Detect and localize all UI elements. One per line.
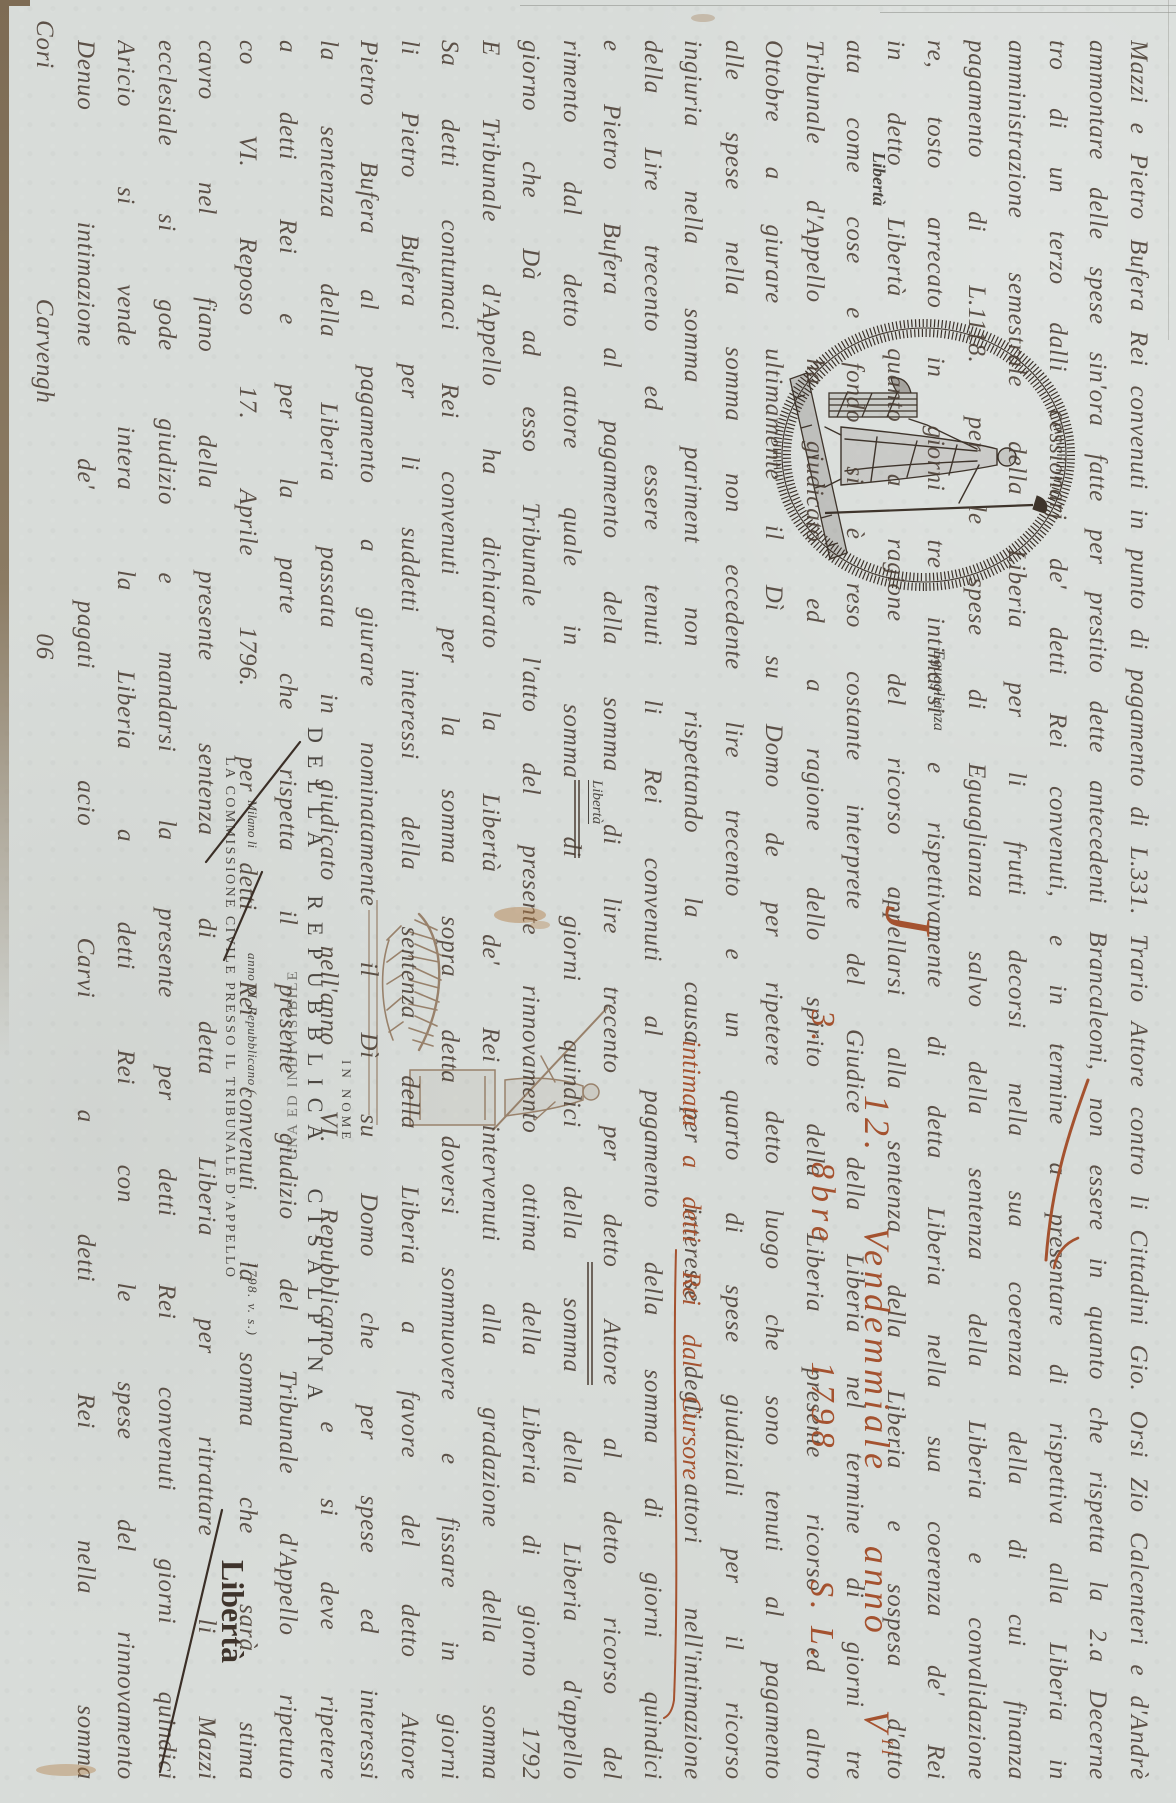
rotated-document-page: Libertà Eguaglianza Libertà IN NOME DELL… — [0, 0, 1176, 1803]
manuscript-line: alle spese nella somma non eccedente lir… — [713, 40, 753, 1780]
manuscript-line: Aricio si vende intera la Liberia a dett… — [106, 40, 146, 1780]
manuscript-line: e Pietro Bufera al pagamento della somma… — [592, 40, 632, 1780]
manuscript-line: a detti Rei e per la parte che rispetta … — [268, 40, 308, 1780]
manuscript-line: amministrazione semestrale della Liberia… — [997, 40, 1037, 1780]
red-ink-republican-date: 12. Vendemmiale anno VII — [859, 1095, 895, 1760]
manuscript-line: della Lire trecento ed essere tenuti li … — [632, 40, 672, 1780]
manuscript-line: la sentenza della Liberia passata in giu… — [308, 40, 348, 1780]
manuscript-line: cavro nel fiano della presente sentenza … — [187, 40, 227, 1780]
manuscript-line: E Tribunale d'Appello ha dichiarato la L… — [470, 40, 510, 1780]
republican-date-superscript: II — [878, 1739, 896, 1760]
manuscript-line: Mazzi e Pietro Bufera Rei convenuti in p… — [1118, 40, 1158, 1780]
red-ink-initials: S. L. — [804, 1580, 838, 1661]
manuscript-line: ingiuria nella somma pariment non rispet… — [673, 40, 713, 1780]
manuscript-line: ecclesiale si gode giudizio e mandarsi l… — [146, 40, 186, 1780]
margin-stamp-liberta: Libertà — [217, 1560, 249, 1663]
red-ink-gregorian-date: 3. 8bre 1798 — [805, 1010, 839, 1454]
manuscript-line: li Pietro Bufera per li suddetti interes… — [389, 40, 429, 1780]
manuscript-line: pagamento di L.1118. per le spese di Egu… — [956, 40, 996, 1780]
manuscript-line: Denuo intimazione de' pagati acio Carvi … — [65, 40, 105, 1780]
red-ink-flourish: J — [874, 905, 940, 934]
red-ink-intimation: intimata a detti Rei dal Cursore — [678, 1040, 704, 1480]
manuscript-line: tro di un terzo dalli cessionarj de' det… — [1037, 40, 1077, 1780]
manuscript-line: giorno che Dà ad esso Tribunale l'atto d… — [511, 40, 551, 1780]
manuscript-line: co VI. Reposo 17. Aprile 1796. per detti… — [227, 40, 267, 1780]
republican-date-text: 12. Vendemmiale anno V — [857, 1095, 897, 1737]
manuscript-line: Pietro Bufera al pagamento a giurare nom… — [349, 40, 389, 1780]
manuscript-line: Ottobre a giurare ultimamente il Dì su D… — [754, 40, 794, 1780]
manuscript-line: Sa detti contumaci Rei convenuti per la … — [430, 40, 470, 1780]
manuscript-line: Cori Carvengh 06 — [25, 20, 65, 660]
manuscript-line: Tribunale d'Appello ha giudicato ed a ra… — [794, 40, 834, 1780]
manuscript-line: ammontare delle spese sin'ora fatte per … — [1078, 40, 1118, 1780]
manuscript-line: rimento dal detto attore quale in somma … — [551, 40, 591, 1780]
